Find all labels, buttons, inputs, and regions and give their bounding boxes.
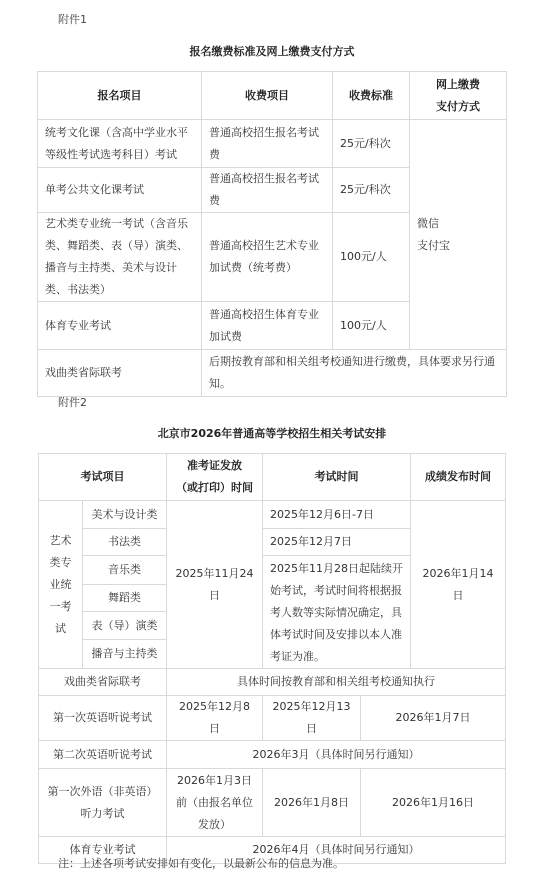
header-registration-item: 报名项目 <box>38 72 202 120</box>
header-exam-item: 考试项目 <box>39 454 167 501</box>
art-category: 播音与主持类 <box>83 640 167 669</box>
exam-time: 2026年1月8日 <box>263 769 361 837</box>
exam-item-line2: 听力考试 <box>46 803 159 825</box>
registration-item: 戏曲类省际联考 <box>38 350 202 397</box>
art-group-line: 类专 <box>43 552 78 574</box>
attachment2-label: 附件2 <box>58 394 87 410</box>
table-row: 第二次英语听说考试 2026年3月（具体时间另行通知） <box>39 741 506 769</box>
art-group-line: 一考 <box>43 596 78 618</box>
art-group-label: 艺术 类专 业统 一考 试 <box>39 501 83 669</box>
fee-table-header: 报名项目 收费项目 收费标准 网上缴费 支付方式 <box>38 72 507 120</box>
exam-schedule-table: 考试项目 准考证发放 （或打印）时间 考试时间 成绩发布时间 艺术 类专 业统 … <box>38 453 506 864</box>
header-payment-line2: 支付方式 <box>417 96 499 118</box>
exam-item: 戏曲类省际联考 <box>39 669 167 696</box>
footnote: 注：上述各项考试安排如有变化，以最新公布的信息为准。 <box>58 855 344 871</box>
registration-item: 单考公共文化课考试 <box>38 168 202 213</box>
fee-item: 普通高校招生艺术专业加试费（统考费） <box>202 213 333 302</box>
header-payment-line1: 网上缴费 <box>417 74 499 96</box>
payment-methods: 微信 支付宝 <box>410 120 507 350</box>
schedule-header: 考试项目 准考证发放 （或打印）时间 考试时间 成绩发布时间 <box>39 454 506 501</box>
art-category: 书法类 <box>83 529 167 556</box>
exam-item: 第一次英语听说考试 <box>39 696 167 741</box>
table-row: 统考文化课（含高中学业水平等级性考试选考科目）考试 普通高校招生报名考试费 25… <box>38 120 507 168</box>
art-group-line: 试 <box>43 618 78 640</box>
attachment1-title: 报名缴费标准及网上缴费支付方式 <box>0 43 544 59</box>
fee-standard: 25元/科次 <box>333 120 410 168</box>
art-category: 美术与设计类 <box>83 501 167 529</box>
art-category: 舞蹈类 <box>83 584 167 612</box>
header-fee-standard: 收费标准 <box>333 72 410 120</box>
table-row: 第一次外语（非英语） 听力考试 2026年1月3日前（由报名单位发放） 2026… <box>39 769 506 837</box>
fee-item: 普通高校招生体育专业加试费 <box>202 302 333 350</box>
art-ticket-time: 2025年11月24日 <box>167 501 263 669</box>
exam-item: 第二次英语听说考试 <box>39 741 167 769</box>
fee-table: 报名项目 收费项目 收费标准 网上缴费 支付方式 统考文化课（含高中学业水平等级… <box>37 71 507 397</box>
art-group-line: 艺术 <box>43 530 78 552</box>
exam-time: 2025年12月13日 <box>263 696 361 741</box>
registration-item: 体育专业考试 <box>38 302 202 350</box>
table-row: 艺术 类专 业统 一考 试 美术与设计类 2025年11月24日 2025年12… <box>39 501 506 529</box>
registration-item: 艺术类专业统一考试（含音乐类、舞蹈类、表（导）演类、播音与主持类、美术与设计类、… <box>38 213 202 302</box>
attachment1-label: 附件1 <box>58 11 87 27</box>
merged-fee-note: 后期按教育部和相关组考校通知进行缴费，具体要求另行通知。 <box>202 350 507 397</box>
exam-item-line1: 第一次外语（非英语） <box>46 781 159 803</box>
exam-note: 2026年3月（具体时间另行通知） <box>167 741 506 769</box>
fee-item: 普通高校招生报名考试费 <box>202 168 333 213</box>
table-row: 戏曲类省际联考 具体时间按教育部和相关组考校通知执行 <box>39 669 506 696</box>
header-exam-time: 考试时间 <box>263 454 411 501</box>
exam-item: 第一次外语（非英语） 听力考试 <box>39 769 167 837</box>
payment-wechat: 微信 <box>417 213 499 235</box>
result-time: 2026年1月16日 <box>361 769 506 837</box>
art-category: 表（导）演类 <box>83 612 167 640</box>
table-row: 戏曲类省际联考 后期按教育部和相关组考校通知进行缴费，具体要求另行通知。 <box>38 350 507 397</box>
art-exam-time-fine-arts: 2025年12月6日-7日 <box>263 501 411 529</box>
ticket-time: 2025年12月8日 <box>167 696 263 741</box>
exam-note: 具体时间按教育部和相关组考校通知执行 <box>167 669 506 696</box>
art-exam-time-others: 2025年11月28日起陆续开始考试，考试时间将根据报考人数等实际情况确定，具体… <box>263 556 411 669</box>
ticket-time: 2026年1月3日前（由报名单位发放） <box>167 769 263 837</box>
header-fee-item: 收费项目 <box>202 72 333 120</box>
art-exam-time-calligraphy: 2025年12月7日 <box>263 529 411 556</box>
fee-item: 普通高校招生报名考试费 <box>202 120 333 168</box>
payment-alipay: 支付宝 <box>417 235 499 257</box>
art-group-line: 业统 <box>43 574 78 596</box>
attachment2-title: 北京市2026年普通高等学校招生相关考试安排 <box>0 425 544 441</box>
registration-item: 统考文化课（含高中学业水平等级性考试选考科目）考试 <box>38 120 202 168</box>
header-payment-method: 网上缴费 支付方式 <box>410 72 507 120</box>
header-result-time: 成绩发布时间 <box>411 454 506 501</box>
art-result-time: 2026年1月14日 <box>411 501 506 669</box>
header-ticket-time: 准考证发放 （或打印）时间 <box>167 454 263 501</box>
header-ticket-line1: 准考证发放 <box>174 455 255 477</box>
result-time: 2026年1月7日 <box>361 696 506 741</box>
fee-standard: 100元/人 <box>333 213 410 302</box>
table-row: 第一次英语听说考试 2025年12月8日 2025年12月13日 2026年1月… <box>39 696 506 741</box>
art-category: 音乐类 <box>83 556 167 585</box>
fee-standard: 25元/科次 <box>333 168 410 213</box>
header-ticket-line2: （或打印）时间 <box>174 477 255 499</box>
fee-standard: 100元/人 <box>333 302 410 350</box>
